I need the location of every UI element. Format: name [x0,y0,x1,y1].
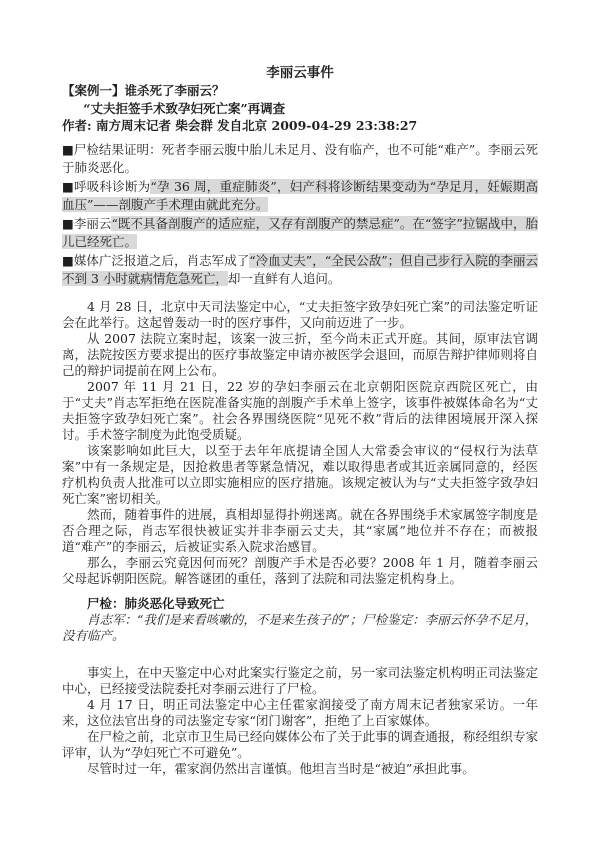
document-page: 李丽云事件 【案例一】谁杀死了李丽云？ “丈夫拒签手术致孕妇死亡案”再调查 作者… [0,0,600,850]
article-body: 4 月 28 日，北京中天司法鉴定中心，“丈夫拒签字致孕妇死亡案”的司法鉴定听证… [62,299,538,587]
paragraph: 该案影响如此巨大，以至于去年年底提请全国人大常委会审议的“侵权行为法草案”中有一… [62,443,538,507]
paragraph: 从 2007 法院立案时起，该案一波三折，至今尚未正式开庭。其间，原审法官调离，… [62,331,538,379]
paragraph: 2007 年 11 月 21 日，22 岁的孕妇李丽云在北京朝阳医院京西院区死亡… [62,379,538,443]
byline: 作者: 南方周末记者 柴会群 发自北京 2009-04-29 23:38:27 [62,117,538,135]
bullet-text: ■尸检结果证明：死者李丽云腹中胎儿未足月、没有临产，也不可能“难产”。李丽云死于… [62,142,538,175]
paragraph: 尽管时过一年，霍家润仍然出言谨慎。他坦言当时是“被迫”承担此事。 [62,761,538,777]
bullet-text: 却一直鲜有人追问。 [228,271,341,286]
article-subtitle: “丈夫拒签手术致孕妇死亡案”再调查 [62,100,538,118]
bullet-item-4: ■媒体广泛报道之后，肖志军成了“冷血丈夫”，“全民公敌”；但自己步行入院的李丽云… [62,252,538,288]
paragraph: 那么，李丽云究竟因何而死？剖腹产手术是否必要？2008 年 1 月，随着李丽云父… [62,555,538,587]
paragraph: 事实上，在中天鉴定中心对此案实行鉴定之前，另一家司法鉴定机构明正司法鉴定中心，已… [62,665,538,697]
bullet-text: ■媒体广泛报道之后，肖志军成了 [62,253,249,268]
bullet-text: ■呼吸科诊断为 [62,179,150,194]
summary-bullets: ■尸检结果证明：死者李丽云腹中胎儿未足月、没有临产，也不可能“难产”。李丽云死于… [62,141,538,288]
bullet-highlight: “既不具备剖腹产的适应症，又存有剖腹产的禁忌症”。在“签字”拉锯战中，胎儿已经死… [62,216,538,249]
paragraph: 4 月 17 日，明正司法鉴定中心主任霍家润接受了南方周末记者独家采访。一年来，… [62,697,538,729]
paragraph: 在尸检之前，北京市卫生局已经向媒体公布了关于此事的调查通报，称经组织专家评审，认… [62,729,538,761]
article-body-continued: 事实上，在中天鉴定中心对此案实行鉴定之前，另一家司法鉴定机构明正司法鉴定中心，已… [62,665,538,777]
bullet-item-1: ■尸检结果证明：死者李丽云腹中胎儿未足月、没有临产，也不可能“难产”。李丽云死于… [62,141,538,177]
page-title: 李丽云事件 [62,64,538,82]
document-content: 李丽云事件 【案例一】谁杀死了李丽云？ “丈夫拒签手术致孕妇死亡案”再调查 作者… [62,64,538,777]
paragraph: 然而，随着事件的进展，真相却显得扑朔迷离。就在各界围绕手术家属签字制度是否合理之… [62,507,538,555]
section-quote: 肖志军：“我们是来看咳嗽的，不是来生孩子的”；尸检鉴定：李丽云怀孕不足月，没有临… [62,612,538,644]
bullet-item-3: ■李丽云“既不具备剖腹产的适应症，又存有剖腹产的禁忌症”。在“签字”拉锯战中，胎… [62,215,538,251]
paragraph: 4 月 28 日，北京中天司法鉴定中心，“丈夫拒签字致孕妇死亡案”的司法鉴定听证… [62,299,538,331]
section-heading: 尸检：肺炎恶化导致死亡 [62,596,538,612]
case-label: 【案例一】谁杀死了李丽云？ [62,82,538,100]
bullet-item-2: ■呼吸科诊断为“孕 36 周，重症肺炎”，妇产科将诊断结果变动为“孕足月，妊娠期… [62,178,538,214]
bullet-text: ■李丽云 [62,216,111,231]
